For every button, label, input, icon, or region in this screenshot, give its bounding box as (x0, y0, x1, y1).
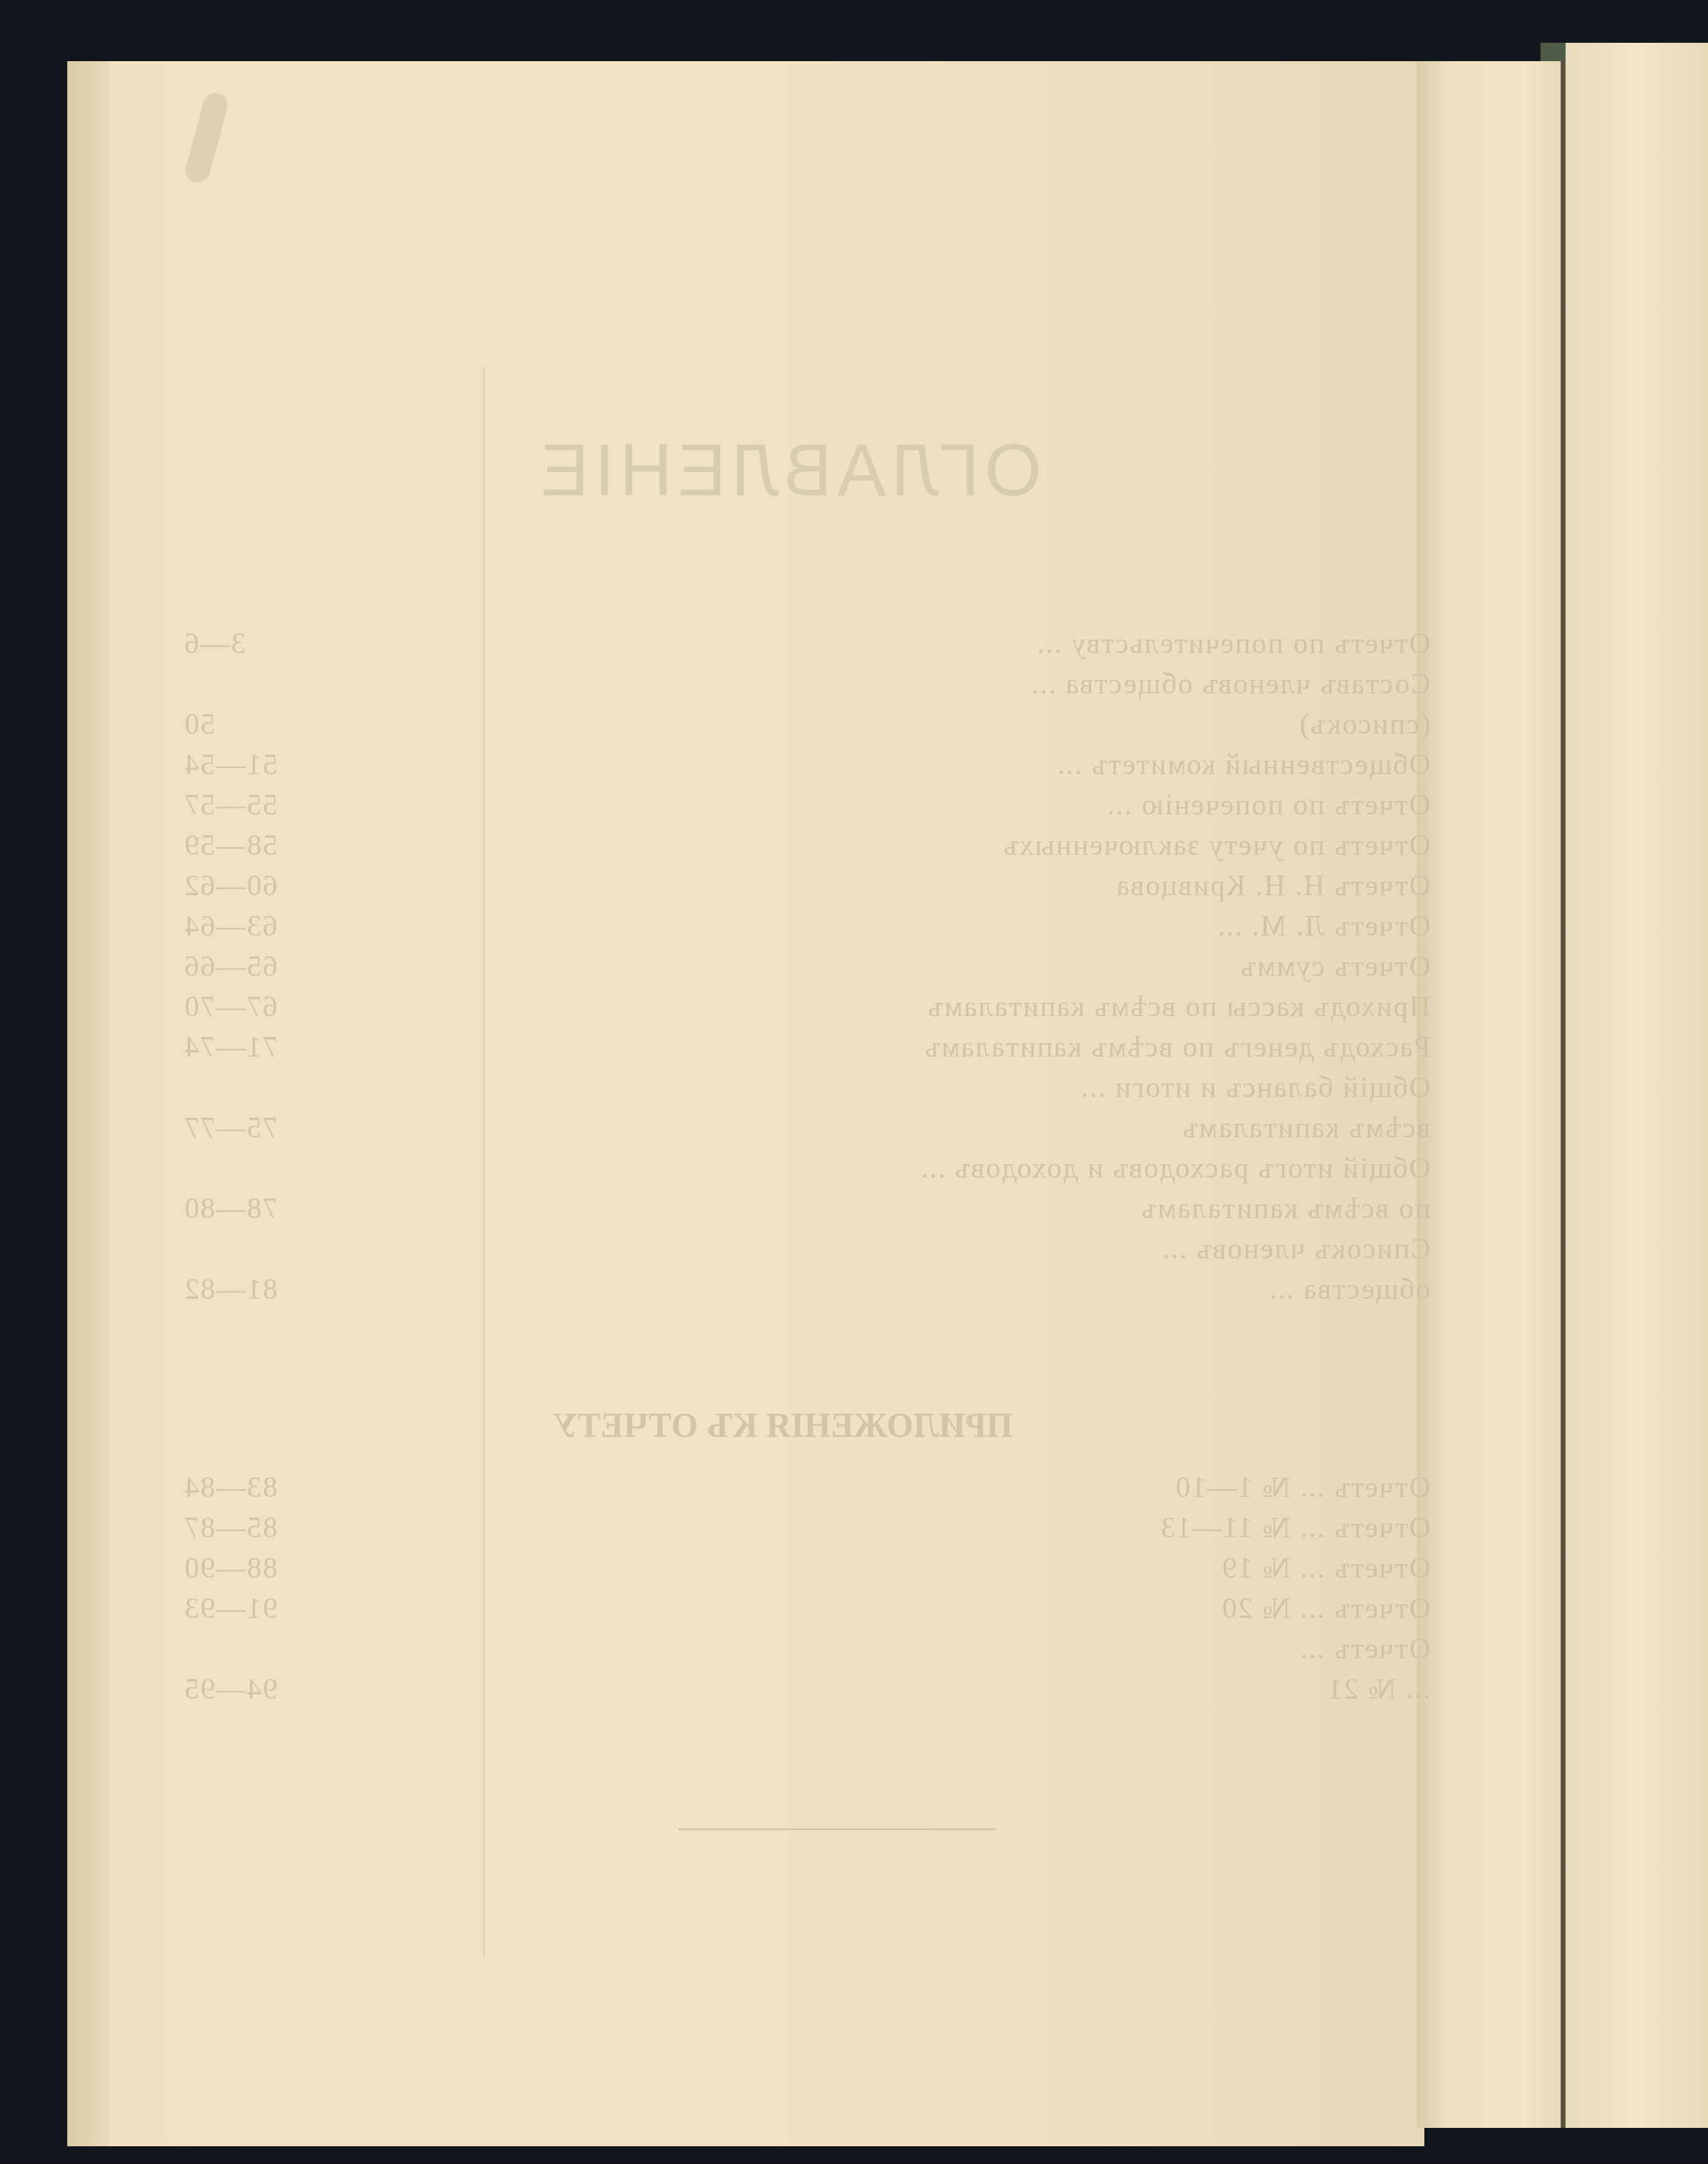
toc-label: Расходъ денегъ по всѣмъ капиталамъ (924, 1027, 1430, 1068)
appendix-row: Отчетъ ... (183, 1629, 1430, 1669)
toc-row: Общій балансъ и итоги ... (183, 1068, 1430, 1108)
toc-row: Отчетъ по попеченію ...55—57 (183, 785, 1430, 825)
toc-row: Отчетъ суммъ65—66 (183, 947, 1430, 987)
appendix-page: 94—95 (183, 1669, 342, 1710)
toc-row: общества ...81—82 (183, 1269, 1430, 1310)
toc-page: 78—80 (183, 1189, 342, 1229)
toc-page: 67—70 (183, 987, 342, 1027)
toc-label: Общій балансъ и итоги ... (1080, 1068, 1430, 1108)
appendix-heading: ПРИЛОЖЕНІЯ КЪ ОТЧЕТУ (538, 1406, 1027, 1446)
toc-row: всѣмъ капиталамъ75—77 (183, 1108, 1430, 1148)
toc-page (183, 664, 342, 704)
appendix-label: Отчетъ ... № 19 (1221, 1548, 1430, 1589)
toc-page: 81—82 (183, 1269, 342, 1310)
toc-row: Отчетъ по попечительству ...3—6 (183, 624, 1430, 664)
toc-row: Общій итогъ расходовъ и доходовъ ... (183, 1148, 1430, 1189)
toc-label: Отчетъ Н. Н. Кривцова (1115, 866, 1430, 906)
appendix-page: 83—84 (183, 1468, 342, 1508)
toc-label: общества ... (1268, 1269, 1431, 1310)
closing-rule (679, 1828, 996, 1830)
appendix-page: 85—87 (183, 1508, 342, 1548)
appendix-label: Отчетъ ... № 20 (1221, 1589, 1430, 1629)
toc-label: Списокъ членовъ ... (1161, 1229, 1430, 1269)
toc-row: Общественный комитетъ ...51—54 (183, 745, 1430, 785)
toc-label: Составъ членовъ общества ... (1030, 664, 1430, 704)
page-title: ОГЛАВЛЕНІЕ (514, 428, 1064, 512)
toc-label: Приходъ кассы по всѣмъ капиталамъ (927, 987, 1430, 1027)
toc-row: Списокъ членовъ ... (183, 1229, 1430, 1269)
appendix-row: Отчетъ ... № 11—1385—87 (183, 1508, 1430, 1548)
toc-row: по всѣмъ капиталамъ78—80 (183, 1189, 1430, 1229)
appendix-heading-text: ПРИЛОЖЕНІЯ КЪ ОТЧЕТУ (553, 1406, 1013, 1446)
appendix-page: 91—93 (183, 1589, 342, 1629)
toc-page: 60—62 (183, 866, 342, 906)
toc-label: Отчетъ по учету заключенныхъ (1003, 825, 1430, 866)
folded-page-flap-right (1566, 43, 1708, 2128)
toc-row: Отчетъ по учету заключенныхъ58—59 (183, 825, 1430, 866)
toc-page (183, 1229, 342, 1269)
toc-label: (списокъ) (1298, 704, 1430, 745)
toc-page: 51—54 (183, 745, 342, 785)
toc-label: всѣмъ капиталамъ (1182, 1108, 1430, 1148)
toc-row: Составъ членовъ общества ... (183, 664, 1430, 704)
toc-page (183, 1068, 342, 1108)
appendix-list: Отчетъ ... № 1—1083—84 Отчетъ ... № 11—1… (183, 1468, 1430, 1710)
toc-row: Отчетъ Н. Н. Кривцова60—62 (183, 866, 1430, 906)
page-fold-crease (1561, 61, 1566, 2128)
appendix-row: ... № 2194—95 (183, 1669, 1430, 1710)
appendix-page: 88—90 (183, 1548, 342, 1589)
toc-page: 50 (183, 704, 342, 745)
folded-page-flap (1417, 61, 1570, 2128)
toc-page: 58—59 (183, 825, 342, 866)
toc-label: Отчетъ суммъ (1240, 947, 1431, 987)
appendix-label: ... № 21 (1327, 1669, 1430, 1710)
appendix-row: Отчетъ ... № 2091—93 (183, 1589, 1430, 1629)
appendix-page (183, 1629, 342, 1669)
appendix-row: Отчетъ ... № 1988—90 (183, 1548, 1430, 1589)
appendix-label: Отчетъ ... № 1—10 (1174, 1468, 1430, 1508)
page-left-edge (67, 61, 110, 2146)
appendix-row: Отчетъ ... № 1—1083—84 (183, 1468, 1430, 1508)
page-title-text: ОГЛАВЛЕНІЕ (536, 428, 1042, 512)
toc-page (183, 1148, 342, 1189)
toc-page: 71—74 (183, 1027, 342, 1068)
toc-label: по всѣмъ капиталамъ (1140, 1189, 1430, 1229)
toc-label: Общественный комитетъ ... (1056, 745, 1430, 785)
appendix-label: Отчетъ ... (1299, 1629, 1430, 1669)
toc-row: Расходъ денегъ по всѣмъ капиталамъ71—74 (183, 1027, 1430, 1068)
toc-label: Отчетъ Л. М. ... (1217, 906, 1430, 947)
toc-page: 3—6 (183, 624, 342, 664)
table-of-contents: Отчетъ по попечительству ...3—6 Составъ … (183, 624, 1430, 1310)
toc-label: Отчетъ по попеченію ... (1106, 785, 1430, 825)
toc-page: 63—64 (183, 906, 342, 947)
toc-page: 55—57 (183, 785, 342, 825)
toc-label: Отчетъ по попечительству ... (1036, 624, 1430, 664)
toc-row: Отчетъ Л. М. ...63—64 (183, 906, 1430, 947)
appendix-label: Отчетъ ... № 11—13 (1160, 1508, 1430, 1548)
toc-row: Приходъ кассы по всѣмъ капиталамъ67—70 (183, 987, 1430, 1027)
toc-label: Общій итогъ расходовъ и доходовъ ... (920, 1148, 1431, 1189)
toc-page: 65—66 (183, 947, 342, 987)
toc-page: 75—77 (183, 1108, 342, 1148)
toc-row: (списокъ)50 (183, 704, 1430, 745)
